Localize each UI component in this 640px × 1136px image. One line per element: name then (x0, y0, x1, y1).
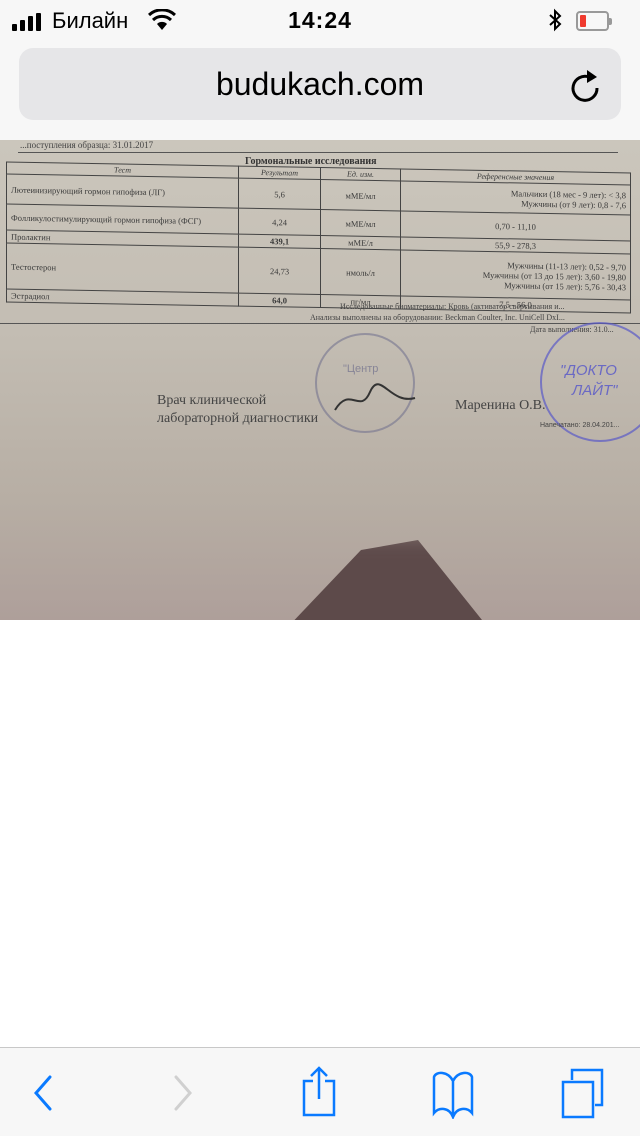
back-icon[interactable] (32, 1074, 54, 1112)
reload-icon[interactable] (569, 68, 603, 109)
tabs-icon[interactable] (560, 1067, 606, 1119)
battery-icon (576, 11, 609, 31)
share-icon[interactable] (302, 1065, 338, 1121)
forward-button[interactable] (158, 1048, 208, 1136)
share-button[interactable] (295, 1048, 345, 1136)
forward-icon[interactable] (172, 1074, 194, 1112)
browser-nav-bar: budukach.com (0, 40, 640, 140)
tabs-button[interactable] (555, 1048, 611, 1136)
browser-toolbar (0, 1047, 640, 1136)
address-bar[interactable]: budukach.com (19, 48, 621, 120)
doctor-title: Врач клинической лабораторной диагностик… (157, 392, 318, 428)
divider (0, 323, 640, 324)
status-bar: Билайн 14:24 (0, 0, 640, 40)
clock: 14:24 (0, 7, 640, 34)
sample-date: ...поступления образца: 31.01.2017 (20, 140, 153, 150)
document-photo: ...поступления образца: 31.01.2017 Гормо… (0, 140, 640, 620)
doctor-name: Маренина О.В. (455, 397, 546, 415)
print-date: Напечатано: 28.04.201... (540, 422, 619, 429)
back-button[interactable] (18, 1048, 68, 1136)
equipment-note: Анализы выполнены на оборудовании: Beckm… (310, 313, 565, 322)
biomaterial-note: Исследованные биоматериалы: Кровь (актив… (340, 302, 565, 311)
bookmarks-button[interactable] (425, 1048, 481, 1136)
divider (18, 152, 618, 153)
bookmarks-icon[interactable] (431, 1067, 475, 1119)
results-table: Тест Результат Ед. изм. Референсные знач… (6, 162, 631, 314)
url-text[interactable]: budukach.com (19, 66, 621, 103)
hand-shadow (190, 530, 570, 620)
bluetooth-icon (548, 8, 562, 38)
signature (330, 380, 420, 420)
